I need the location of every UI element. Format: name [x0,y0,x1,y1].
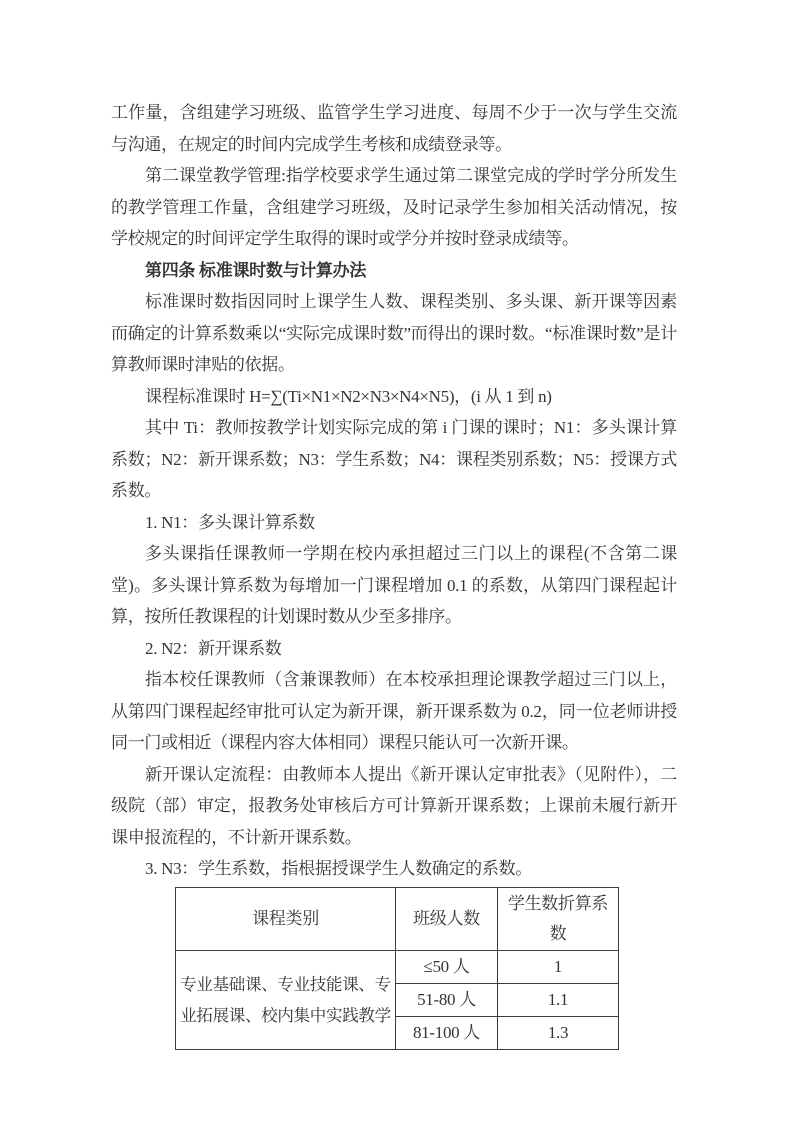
table-cell-course-category: 专业基础课、专业技能课、专业拓展课、校内集中实践教学 [176,950,396,1049]
table-cell-class-size-le50: ≤50 人 [396,950,498,983]
paragraph-standard-hours-definition: 标准课时数指因同时上课学生人数、课程类别、多头课、新开课等因素而确定的计算系数乘… [111,286,677,381]
paragraph-workload-continuation: 工作量，含组建学习班级、监管学生学习进度、每周不少于一次与学生交流与沟通，在规定… [111,97,677,160]
document-body: 工作量，含组建学习班级、监管学生学习进度、每周不少于一次与学生交流与沟通，在规定… [111,97,677,1050]
paragraph-n2-new-course-detail: 指本校任课教师（含兼课教师）在本校承担理论课教学超过三门以上，从第四门课程起经审… [111,664,677,759]
student-coefficient-table: 课程类别 班级人数 学生数折算系数 专业基础课、专业技能课、专业拓展课、校内集中… [175,887,619,1050]
paragraph-n1-multi-course-detail: 多头课指任课教师一学期在校内承担超过三门以上的课程(不含第二课堂)。多头课计算系… [111,538,677,633]
paragraph-standard-hours-formula: 课程标准课时 H=∑(Ti×N1×N2×N3×N4×N5)，(i 从 1 到 n… [111,381,677,413]
table-cell-coefficient-51-80: 1.1 [498,983,619,1016]
table-header-course-category: 课程类别 [176,887,396,950]
paragraph-formula-variables: 其中 Ti：教师按教学计划实际完成的第 i 门课的课时；N1：多头课计算系数；N… [111,412,677,507]
section-heading-article-4: 第四条 标准课时数与计算办法 [111,255,677,287]
table-header-row: 课程类别 班级人数 学生数折算系数 [176,887,619,950]
table-cell-class-size-51-80: 51-80 人 [396,983,498,1016]
table-cell-coefficient-81-100: 1.3 [498,1016,619,1049]
paragraph-item-1-n1-title: 1. N1：多头课计算系数 [111,507,677,539]
table-header-student-coefficient: 学生数折算系数 [498,887,619,950]
document-page: 工作量，含组建学习班级、监管学生学习进度、每周不少于一次与学生交流与沟通，在规定… [0,0,794,1123]
table-row-le50: 专业基础课、专业技能课、专业拓展课、校内集中实践教学 ≤50 人 1 [176,950,619,983]
table-header-class-size: 班级人数 [396,887,498,950]
table-cell-class-size-81-100: 81-100 人 [396,1016,498,1049]
paragraph-item-3-n3-title: 3. N3：学生系数，指根据授课学生人数确定的系数。 [111,853,677,885]
table-cell-coefficient-le50: 1 [498,950,619,983]
paragraph-second-classroom-management: 第二课堂教学管理:指学校要求学生通过第二课堂完成的学时学分所发生的教学管理工作量… [111,160,677,255]
paragraph-new-course-approval-process: 新开课认定流程：由教师本人提出《新开课认定审批表》（见附件），二级院（部）审定，… [111,759,677,854]
paragraph-item-2-n2-title: 2. N2：新开课系数 [111,633,677,665]
